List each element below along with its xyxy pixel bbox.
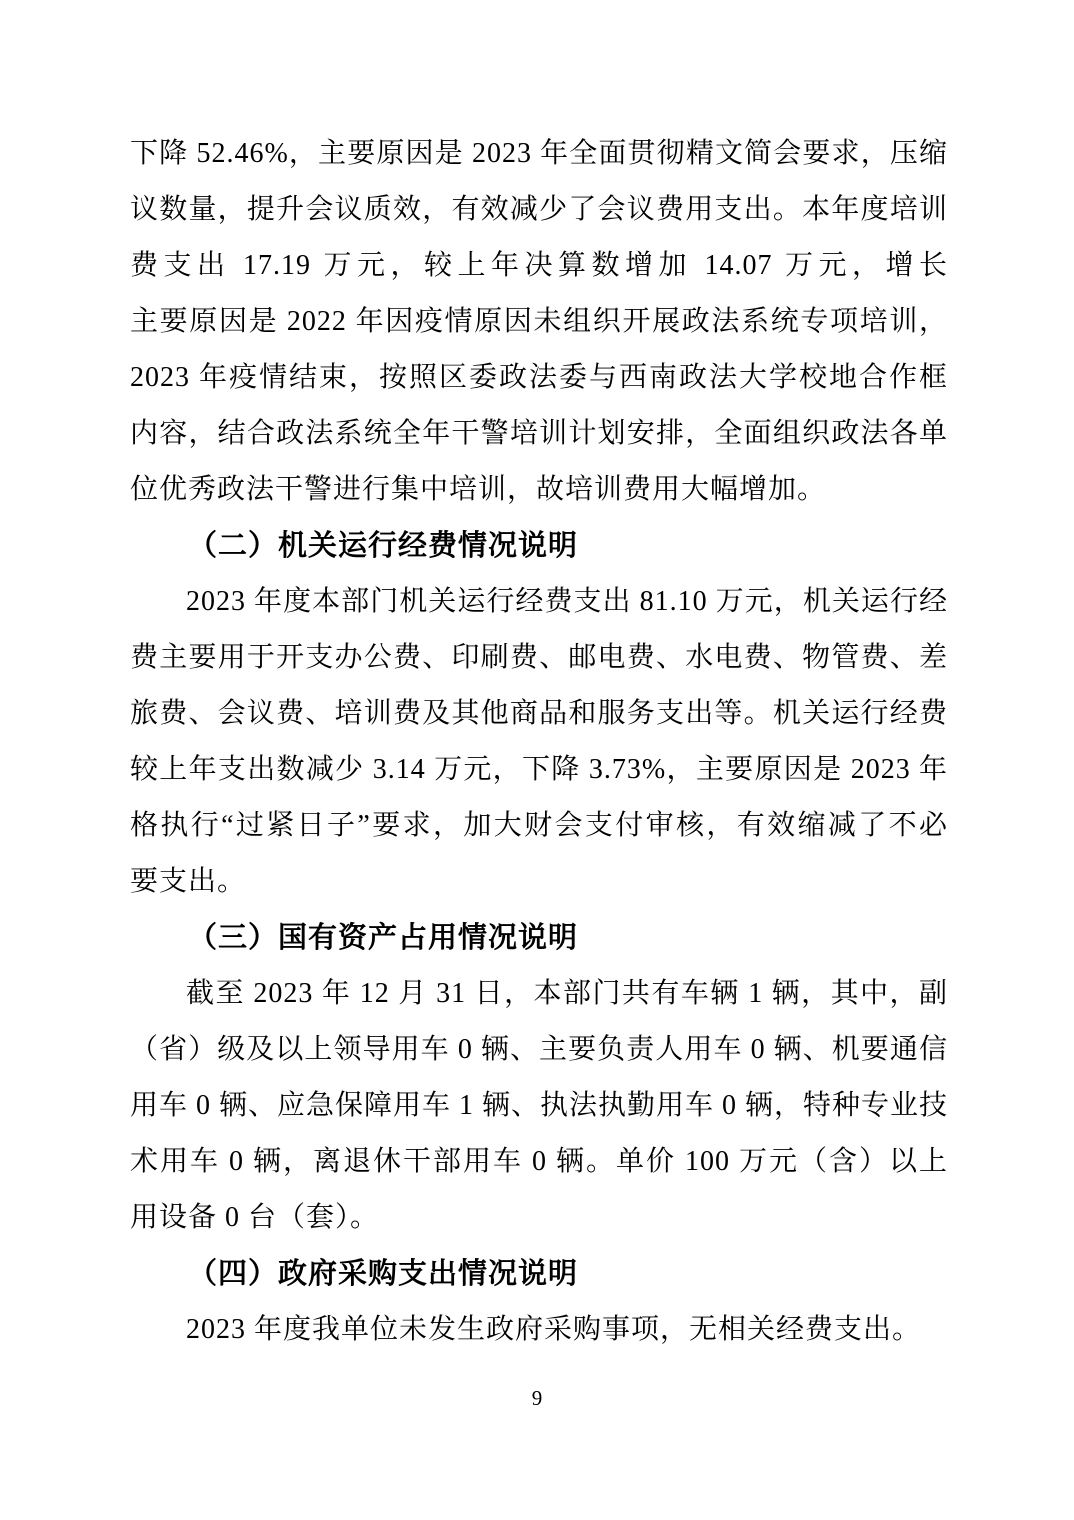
- text-line: 较上年支出数减少 3.14 万元，下降 3.73%，主要原因是 2023 年严: [130, 742, 948, 798]
- document-page: 下降 52.46%，主要原因是 2023 年全面贯彻精文简会要求，压缩会 议数量…: [0, 0, 1074, 1520]
- text-line: 位优秀政法干警进行集中培训，故培训费用大幅增加。: [130, 462, 948, 518]
- text-line: 格执行“过紧日子”要求，加大财会支付审核，有效缩减了不必: [130, 798, 948, 854]
- text-line: 旅费、会议费、培训费及其他商品和服务支出等。机关运行经费: [130, 686, 948, 742]
- text-line: 费支出 17.19 万元，较上年决算数增加 14.07 万元，增长 450.96…: [130, 238, 948, 294]
- text-line: 下降 52.46%，主要原因是 2023 年全面贯彻精文简会要求，压缩会: [130, 126, 948, 182]
- text-line: 内容，结合政法系统全年干警培训计划安排，全面组织政法各单: [130, 406, 948, 462]
- text-line: 2023 年度本部门机关运行经费支出 81.10 万元，机关运行经: [130, 574, 948, 630]
- paragraph-state-owned-assets: 截至 2023 年 12 月 31 日，本部门共有车辆 1 辆，其中，副部 （省…: [130, 966, 948, 1246]
- text-line: 议数量，提升会议质效，有效减少了会议费用支出。本年度培训: [130, 182, 948, 238]
- text-line: （省）级及以上领导用车 0 辆、主要负责人用车 0 辆、机要通信: [130, 1022, 948, 1078]
- text-line: 用车 0 辆、应急保障用车 1 辆、执法执勤用车 0 辆，特种专业技: [130, 1078, 948, 1134]
- document-body: 下降 52.46%，主要原因是 2023 年全面贯彻精文简会要求，压缩会 议数量…: [130, 126, 948, 1358]
- text-line: 2023 年度我单位未发生政府采购事项，无相关经费支出。: [130, 1302, 948, 1358]
- text-line: 费主要用于开支办公费、印刷费、邮电费、水电费、物管费、差: [130, 630, 948, 686]
- paragraph-government-procurement: 2023 年度我单位未发生政府采购事项，无相关经费支出。: [130, 1302, 948, 1358]
- heading-state-owned-assets: （三）国有资产占用情况说明: [130, 910, 948, 966]
- text-line: 截至 2023 年 12 月 31 日，本部门共有车辆 1 辆，其中，副部: [130, 966, 948, 1022]
- text-line: 2023 年疫情结束，按照区委政法委与西南政法大学校地合作框架: [130, 350, 948, 406]
- page-number: 9: [0, 1384, 1074, 1412]
- text-line: 用设备 0 台（套）。: [130, 1190, 948, 1246]
- text-line: 术用车 0 辆，离退休干部用车 0 辆。单价 100 万元（含）以上专: [130, 1134, 948, 1190]
- heading-government-procurement: （四）政府采购支出情况说明: [130, 1246, 948, 1302]
- heading-agency-operating-expenses: （二）机关运行经费情况说明: [130, 518, 948, 574]
- paragraph-operating-expenses: 2023 年度本部门机关运行经费支出 81.10 万元，机关运行经 费主要用于开…: [130, 574, 948, 910]
- text-line: 主要原因是 2022 年因疫情原因未组织开展政法系统专项培训，: [130, 294, 948, 350]
- text-line: 要支出。: [130, 854, 948, 910]
- paragraph-training-expense: 下降 52.46%，主要原因是 2023 年全面贯彻精文简会要求，压缩会 议数量…: [130, 126, 948, 518]
